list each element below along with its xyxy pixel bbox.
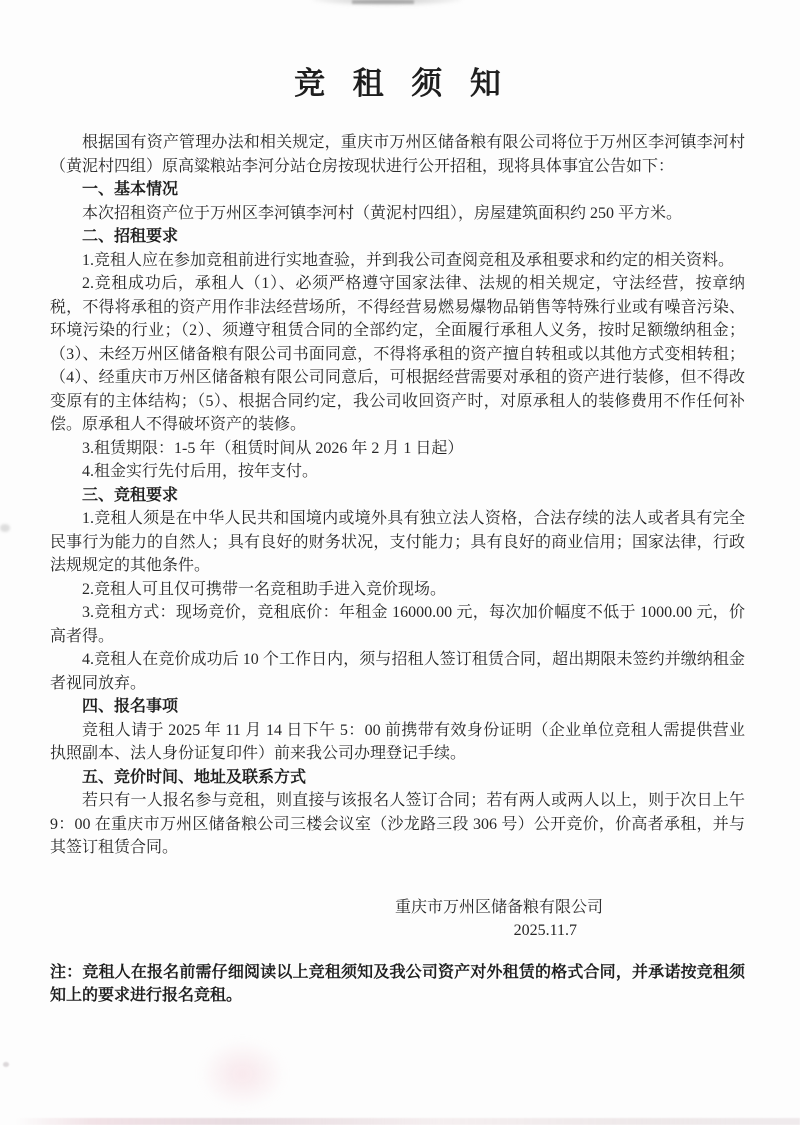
scan-artifact-pink-blob: [185, 1028, 300, 1120]
leasing-requirements-item-4: 4.租金实行先付后用，按年支付。: [50, 460, 745, 484]
bidder-requirements-item-3: 3.竞租方式：现场竞价，竞租底价：年租金 16000.00 元，每次加价幅度不低…: [50, 601, 745, 648]
bidder-requirements-item-2: 2.竞租人可且仅可携带一名竞租助手进入竞价现场。: [50, 578, 745, 602]
registration-paragraph: 竞租人请于 2025 年 11 月 14 日下午 5：00 前携带有效身份证明（…: [50, 719, 745, 766]
signature-date: 2025.11.7: [50, 919, 745, 943]
leasing-requirements-item-1: 1.竞租人应在参加竞租前进行实地查验，并到我公司查阅竞租及承租要求和约定的相关资…: [50, 249, 745, 273]
intro-paragraph: 根据国有资产管理办法和相关规定，重庆市万州区储备粮有限公司将位于万州区李河镇李河…: [50, 131, 745, 178]
section-basic-info-paragraph: 本次招租资产位于万州区李河镇李河村（黄泥村四组），房屋建筑面积约 250 平方米…: [50, 202, 745, 226]
signature-block: 重庆市万州区储备粮有限公司 2025.11.7: [50, 896, 745, 943]
scan-speck-left-upper: [0, 524, 10, 532]
section-heading-registration: 四、报名事项: [50, 695, 745, 719]
scan-speck-left-lower: [3, 1062, 9, 1067]
bidder-requirements-item-4: 4.竞租人在竞价成功后 10 个工作日内，须与招租人签订租赁合同，超出期限未签约…: [50, 648, 745, 695]
leasing-requirements-item-2: 2.竞租成功后，承租人（1）、必须严格遵守国家法律、法规的相关规定，守法经营，按…: [50, 272, 745, 437]
document-title: 竞 租 须 知: [50, 0, 745, 104]
bidder-requirements-item-1: 1.竞租人须是在中华人民共和国境内或境外具有独立法人资格，合法存续的法人或者具有…: [50, 507, 745, 578]
leasing-requirements-item-3: 3.租赁期限：1-5 年（租赁时间从 2026 年 2 月 1 日起）: [50, 437, 745, 461]
section-heading-bidding-time-address: 五、竞价时间、地址及联系方式: [50, 766, 745, 790]
scan-artifact-bottom-strip: [0, 1118, 800, 1125]
section-heading-basic-info: 一、基本情况: [50, 178, 745, 202]
section-heading-leasing-requirements: 二、招租要求: [50, 225, 745, 249]
signature-company: 重庆市万州区储备粮有限公司: [50, 896, 745, 920]
section-heading-bidder-requirements: 三、竞租要求: [50, 484, 745, 508]
footnote: 注：竞租人在报名前需仔细阅读以上竞租须知及我公司资产对外租赁的格式合同，并承诺按…: [50, 961, 745, 1008]
document-page: 竞 租 须 知 根据国有资产管理办法和相关规定，重庆市万州区储备粮有限公司将位于…: [0, 0, 800, 1125]
bidding-time-address-paragraph: 若只有一人报名参与竞租，则直接与该报名人签订合同；若有两人或两人以上，则于次日上…: [50, 789, 745, 860]
